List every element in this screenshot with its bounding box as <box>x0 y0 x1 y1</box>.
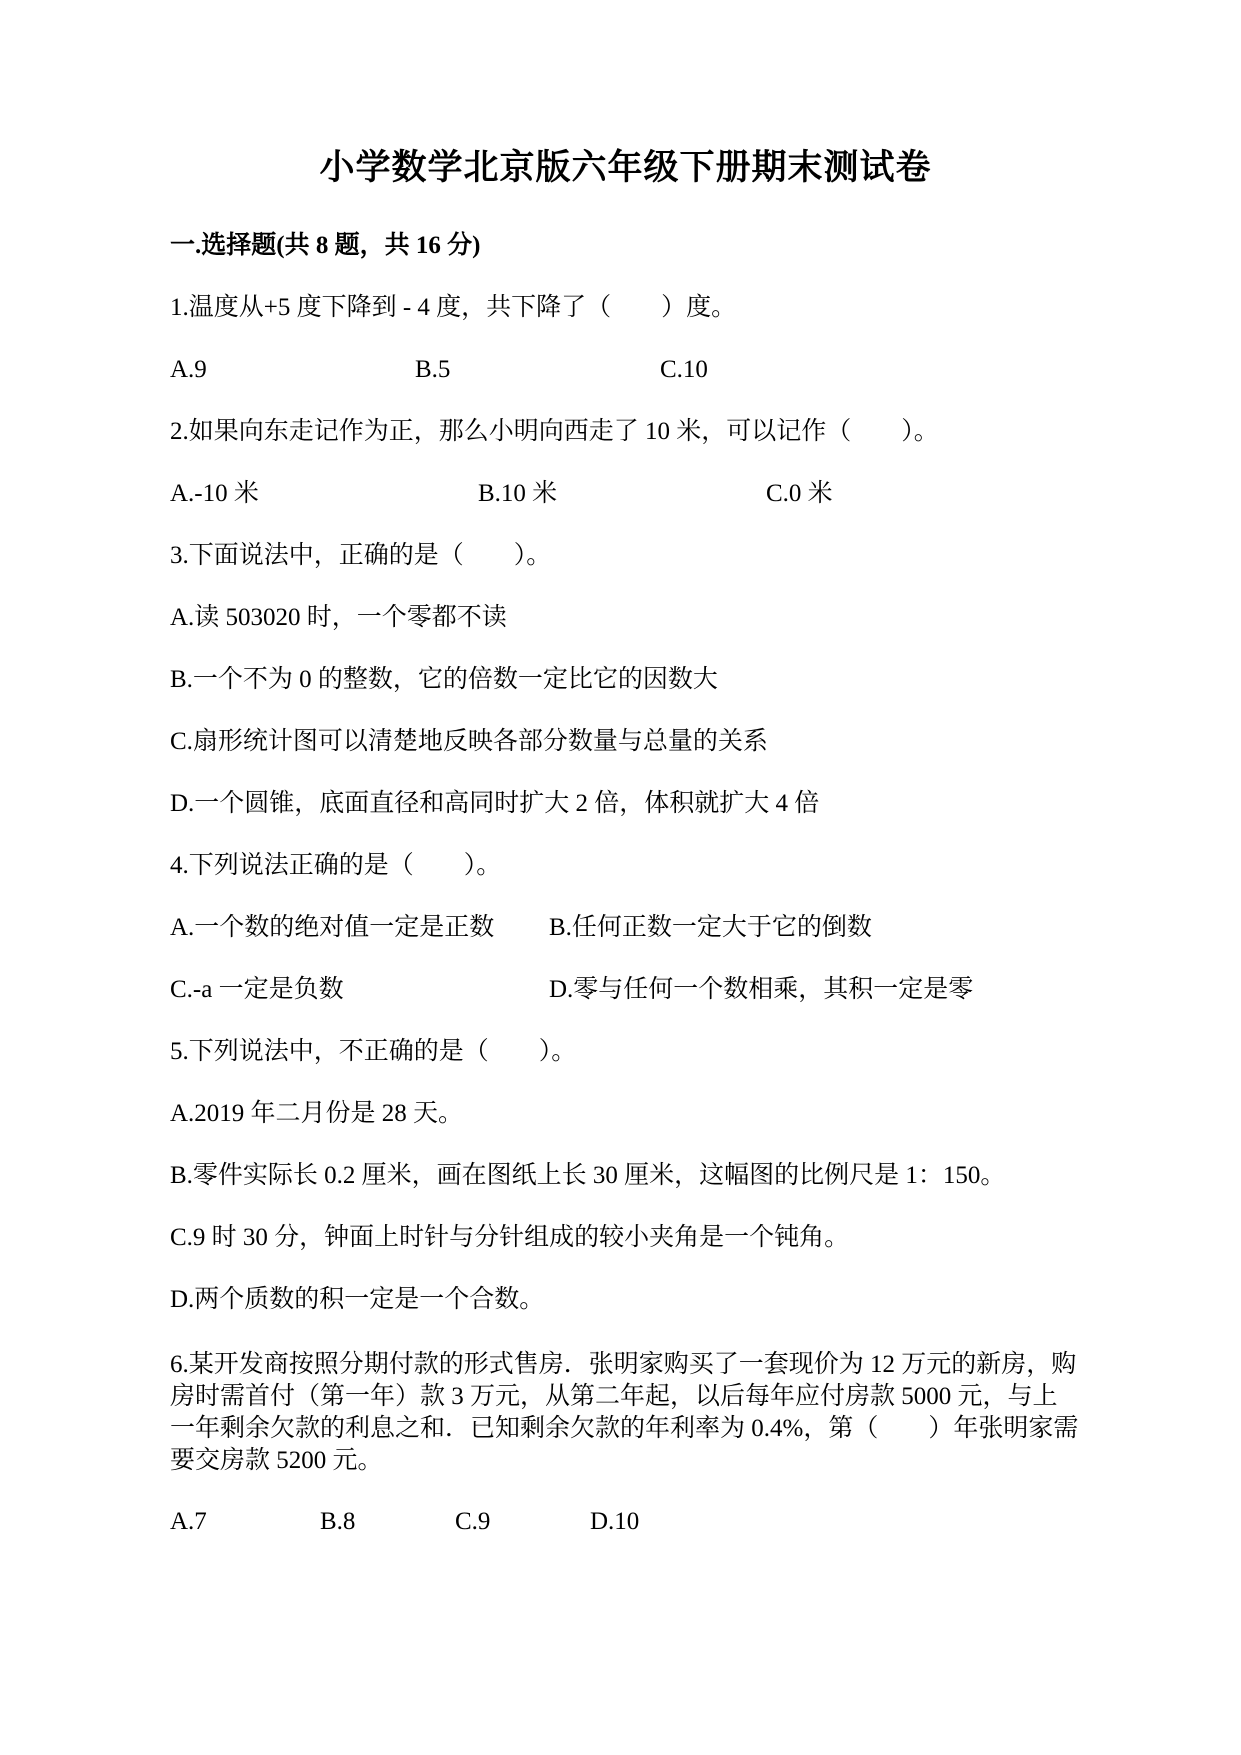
option-item: C.9 <box>455 1509 590 1535</box>
option-item: A.-10 米 <box>170 481 478 507</box>
question-1-text: 1.温度从+5 度下降到 - 4 度，共下降了（ ）度。 <box>170 295 1081 321</box>
question-4-options-row-2: C.-a 一定是负数 D.零与任何一个数相乘，其积一定是零 <box>170 977 1081 1003</box>
question-6-options: A.7 B.8 C.9 D.10 <box>170 1509 1081 1535</box>
option-item: C.10 <box>660 357 708 383</box>
document-page: 小学数学北京版六年级下册期末测试卷 一.选择题(共 8 题，共 16 分) 1.… <box>0 0 1241 1755</box>
question-4-text: 4.下列说法正确的是（ ）。 <box>170 853 1081 879</box>
option-item: C.扇形统计图可以清楚地反映各部分数量与总量的关系 <box>170 729 1081 755</box>
question-2-options: A.-10 米 B.10 米 C.0 米 <box>170 481 1081 507</box>
option-item: B.10 米 <box>478 481 766 507</box>
option-item: C.-a 一定是负数 <box>170 977 549 1003</box>
option-item: D.零与任何一个数相乘，其积一定是零 <box>549 977 973 1003</box>
question-2-text: 2.如果向东走记作为正，那么小明向西走了 10 米，可以记作（ ）。 <box>170 419 1081 445</box>
option-item: C.0 米 <box>766 481 833 507</box>
option-item: A.2019 年二月份是 28 天。 <box>170 1101 1081 1127</box>
option-item: D.一个圆锥，底面直径和高同时扩大 2 倍，体积就扩大 4 倍 <box>170 791 1081 817</box>
question-1-options: A.9 B.5 C.10 <box>170 357 1081 383</box>
option-item: B.8 <box>320 1509 455 1535</box>
question-3-text: 3.下面说法中，正确的是（ ）。 <box>170 543 1081 569</box>
question-5-text: 5.下列说法中，不正确的是（ ）。 <box>170 1039 1081 1065</box>
option-item: D.10 <box>590 1509 639 1535</box>
section-heading: 一.选择题(共 8 题，共 16 分) <box>170 233 1081 259</box>
option-item: B.任何正数一定大于它的倒数 <box>549 915 872 941</box>
option-item: B.零件实际长 0.2 厘米，画在图纸上长 30 厘米，这幅图的比例尺是 1：1… <box>170 1163 1081 1189</box>
option-item: B.5 <box>415 357 660 383</box>
option-item: A.一个数的绝对值一定是正数 <box>170 915 549 941</box>
option-item: A.9 <box>170 357 415 383</box>
option-item: C.9 时 30 分，钟面上时针与分针组成的较小夹角是一个钝角。 <box>170 1225 1081 1251</box>
page-title: 小学数学北京版六年级下册期末测试卷 <box>170 148 1081 188</box>
option-item: B.一个不为 0 的整数，它的倍数一定比它的因数大 <box>170 667 1081 693</box>
option-item: A.7 <box>170 1509 320 1535</box>
question-4-options-row-1: A.一个数的绝对值一定是正数 B.任何正数一定大于它的倒数 <box>170 915 1081 941</box>
option-item: A.读 503020 时，一个零都不读 <box>170 605 1081 631</box>
question-6-text: 6.某开发商按照分期付款的形式售房．张明家购买了一套现价为 12 万元的新房，购… <box>170 1349 1080 1477</box>
option-item: D.两个质数的积一定是一个合数。 <box>170 1287 1081 1313</box>
